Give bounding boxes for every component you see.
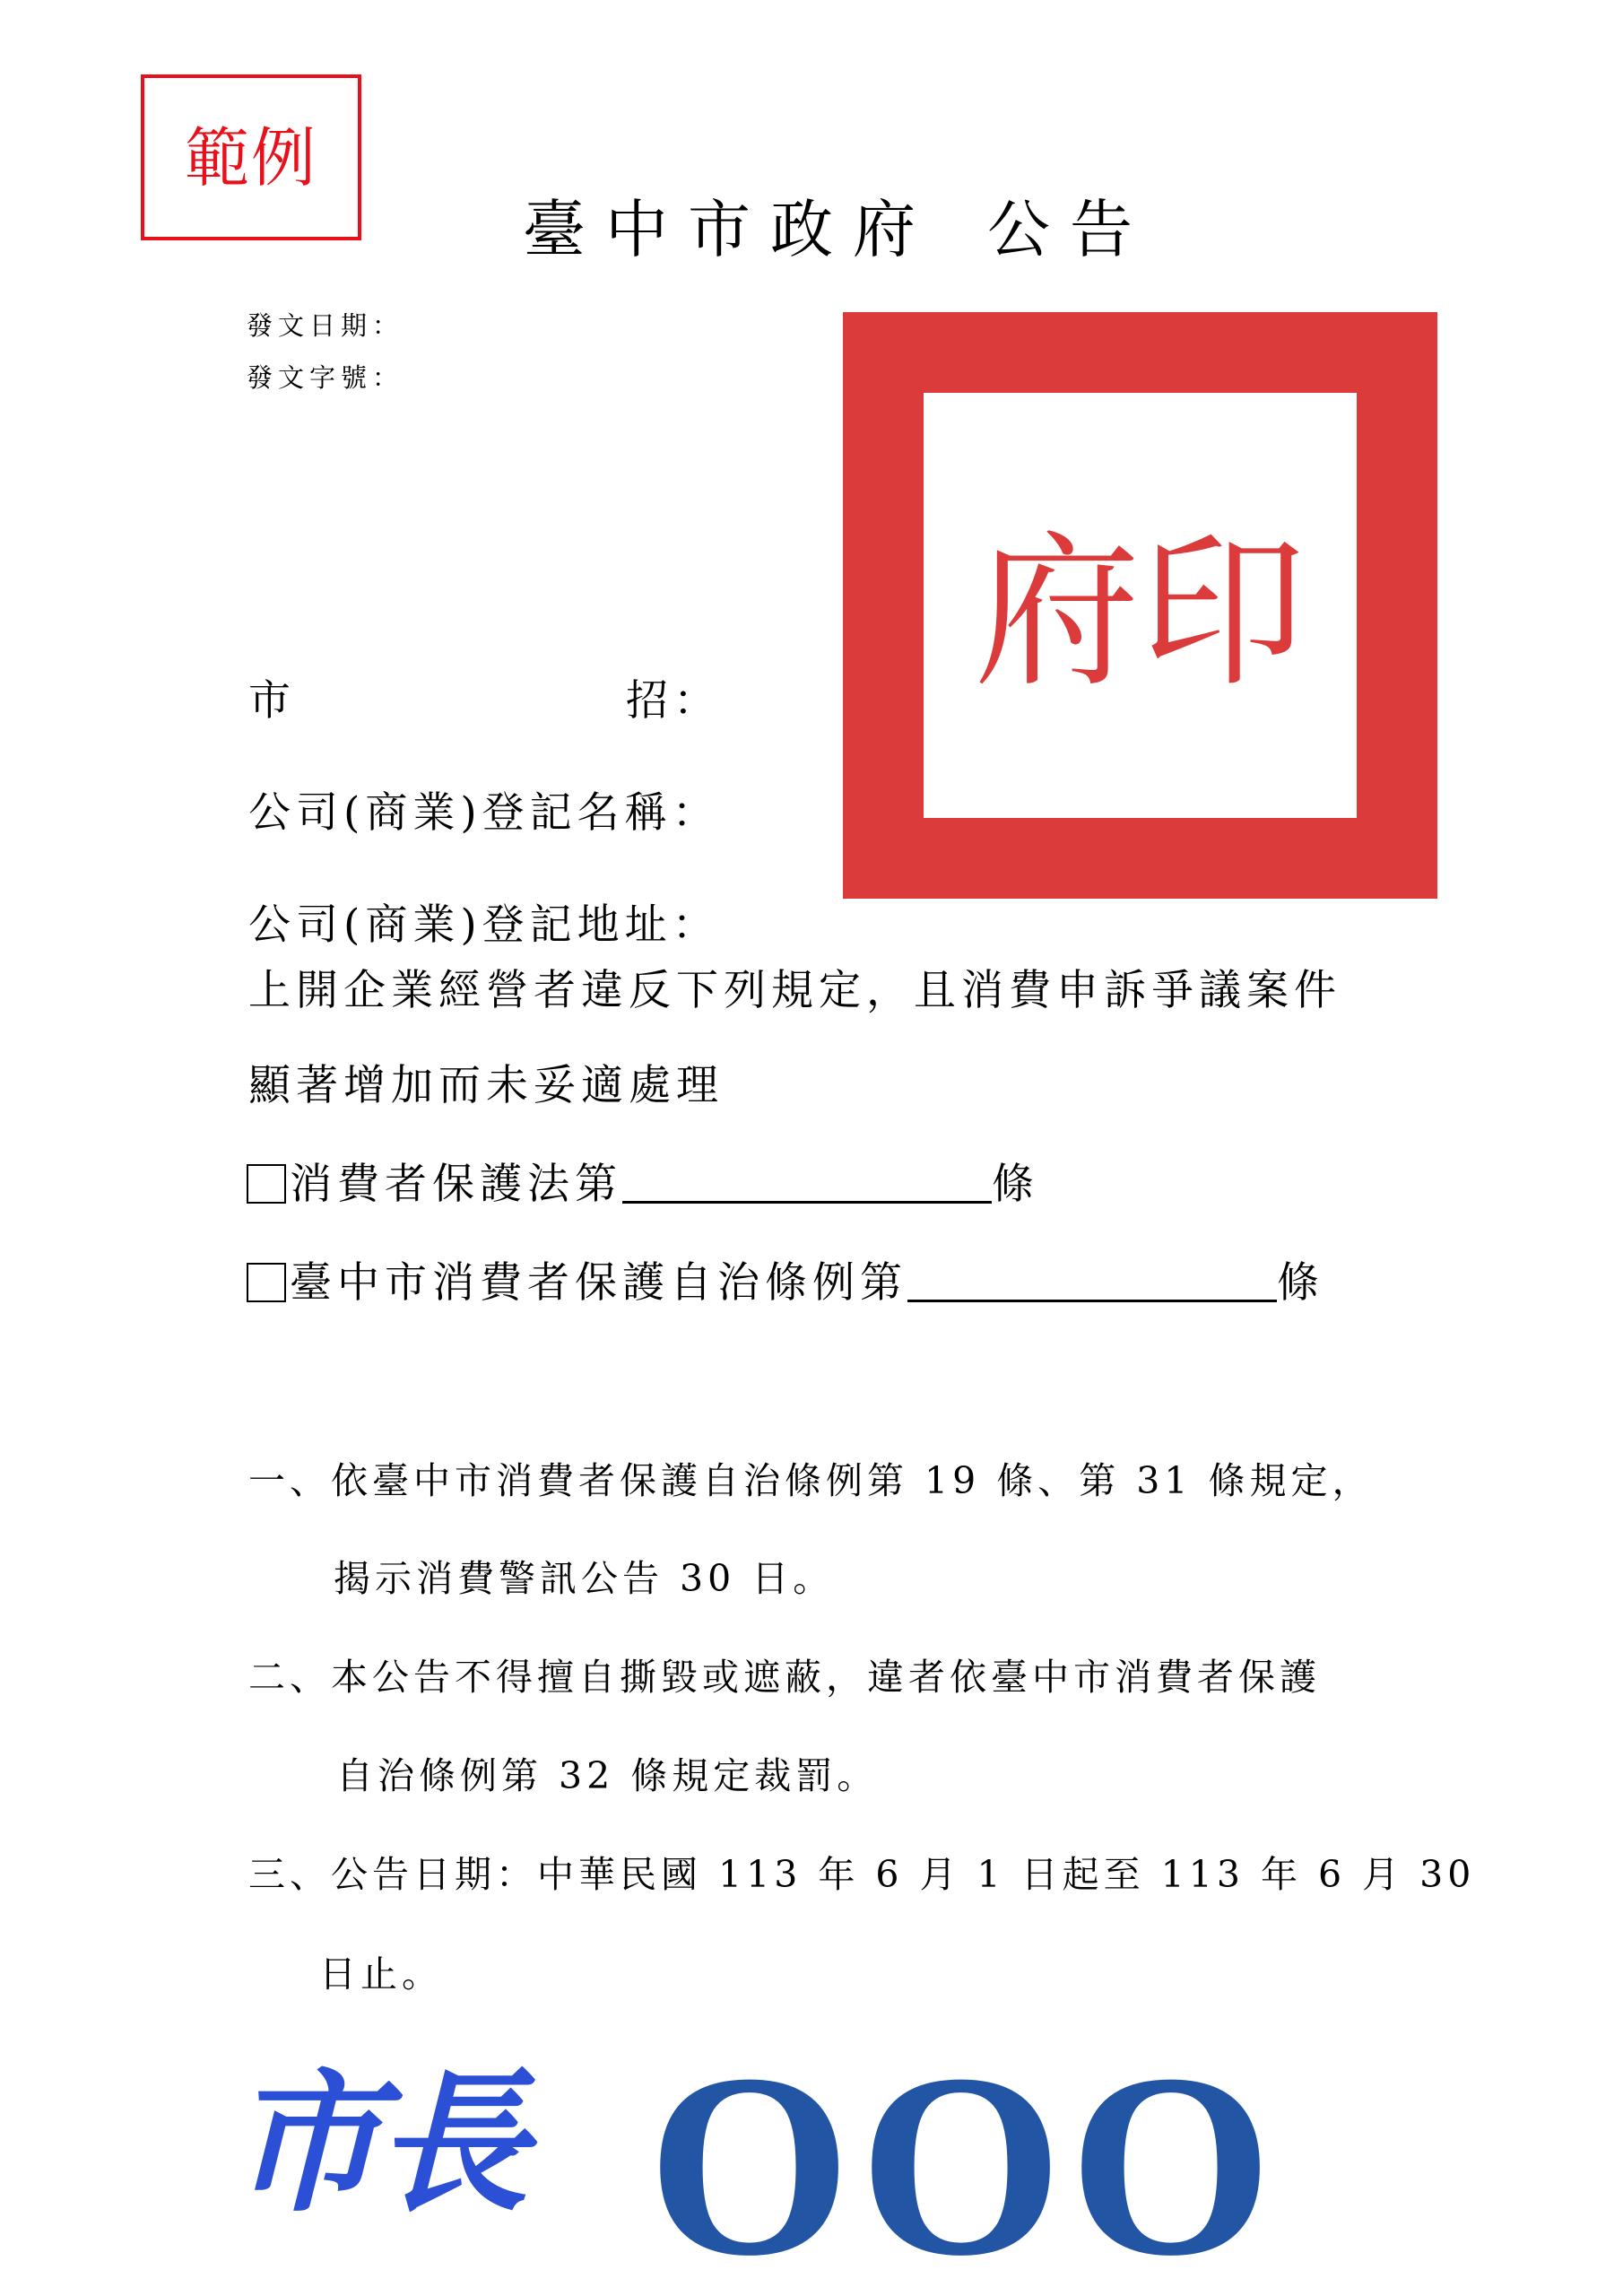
- violation-statement-line-2: 顯著增加而未妥適處理: [248, 1061, 724, 1111]
- item-1-line-2: 揭示消費警訊公告 30 日。: [334, 1556, 834, 1601]
- mayor-name-char-3: O: [1069, 2036, 1272, 2296]
- item-2-line-1: 二、本公告不得擅自撕毀或遮蔽，違者依臺中市消費者保護: [248, 1655, 1321, 1700]
- article-number-blank[interactable]: [907, 1260, 1277, 1302]
- checkbox-taichung-ordinance[interactable]: [247, 1263, 286, 1302]
- company-address-label: 公司(商業)登記地址：: [248, 900, 720, 950]
- issue-date-label: 發文日期：: [247, 311, 404, 340]
- title-organization: 臺中市政府: [523, 193, 935, 266]
- company-name-label: 公司(商業)登記名稱：: [248, 788, 720, 838]
- option-consumer-protection-act: 消費者保護法第條: [247, 1160, 1039, 1210]
- checkbox-consumer-protection-act[interactable]: [247, 1164, 286, 1204]
- mayor-title-signature: 市長: [229, 2045, 523, 2242]
- item-2-line-2: 自治條例第 32 條規定裁罰。: [336, 1753, 878, 1798]
- item-3-line-2: 日止。: [319, 1952, 443, 1996]
- option-prefix: 臺中市消費者保護自治條例第: [290, 1258, 907, 1308]
- shop-sign-field: 市招：: [248, 676, 721, 726]
- mayor-name-char-2: O: [859, 2036, 1063, 2296]
- article-number-blank[interactable]: [622, 1161, 992, 1204]
- option-taichung-ordinance: 臺中市消費者保護自治條例第條: [247, 1258, 1324, 1309]
- item-3-line-1: 三、公告日期：中華民國 113 年 6 月 1 日起至 113 年 6 月 30: [248, 1852, 1475, 1897]
- sample-stamp-label: 範例: [185, 126, 317, 190]
- issue-number-label: 發文字號：: [247, 363, 404, 392]
- sample-stamp: 範例: [141, 74, 361, 240]
- mayor-name-char-1: O: [647, 2036, 851, 2296]
- shop-sign-label-start: 市: [248, 676, 296, 726]
- official-seal: 府印: [843, 312, 1437, 899]
- seal-text: 府印: [924, 527, 1357, 698]
- company-address-field: 公司(商業)登記地址：: [248, 900, 720, 951]
- option-suffix: 條: [992, 1160, 1039, 1209]
- title-document-type: 公告: [987, 193, 1152, 266]
- page-title: 臺中市政府公告: [523, 190, 1152, 269]
- option-suffix: 條: [1277, 1258, 1324, 1308]
- company-name-field: 公司(商業)登記名稱：: [248, 788, 720, 839]
- shop-sign-label-end: 招：: [626, 676, 721, 726]
- violation-statement-line-1: 上開企業經營者違反下列規定，且消費申訴爭議案件: [248, 966, 1341, 1016]
- option-prefix: 消費者保護法第: [290, 1160, 622, 1209]
- item-1-line-1: 一、依臺中市消費者保護自治條例第 19 條、第 31 條規定，: [248, 1458, 1373, 1503]
